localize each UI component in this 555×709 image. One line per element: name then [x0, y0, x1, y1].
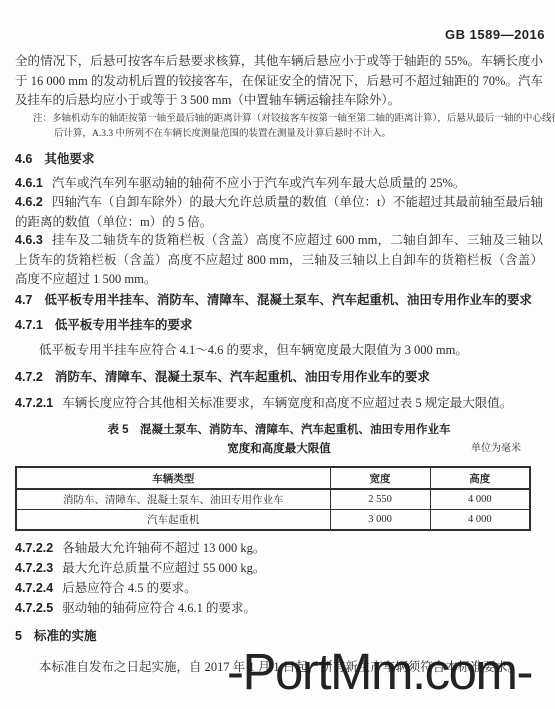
note-label: 注：: [33, 114, 52, 124]
cell-height: 4 000: [430, 489, 530, 510]
clause-number: 4.6.1: [15, 176, 43, 190]
clause-number: 4.6: [15, 152, 32, 166]
clause-text: 汽车或汽车列车驱动轴的轴荷不应小于汽车或汽车列车最大总质量的 25%。: [52, 176, 466, 190]
clause-number: 4.7.2.5: [15, 601, 53, 615]
table-caption-line2: 宽度和高度最大限值: [227, 443, 331, 455]
section-heading-4-7-2: 4.7.2消防车、清障车、混凝土泵车、汽车起重机、油田专用作业车的要求: [15, 370, 543, 385]
clause-text: 最大允许总质量不应超过 55 000 kg。: [62, 561, 265, 575]
clause-number: 4.6.2: [15, 195, 43, 209]
column-header-height: 高度: [430, 467, 530, 489]
section-heading-4-6: 4.6其他要求: [15, 152, 543, 167]
clause-4-7-2-4: 4.7.2.4后悬应符合 4.5 的要求。: [15, 579, 543, 599]
heading-title: 标准的实施: [34, 629, 97, 643]
clause-4-7-2-5: 4.7.2.5驱动轴的轴荷应符合 4.6.1 的要求。: [15, 599, 543, 619]
note-text: 多轴机动车的轴距按第一轴至最后轴的距离计算（对铰接客车按第一轴至第二轴的距离计算…: [52, 114, 555, 139]
cell-width: 3 000: [330, 510, 430, 531]
clause-number: 4.7: [15, 293, 32, 307]
clause-4-7-2-2: 4.7.2.2各轴最大允许轴荷不超过 13 000 kg。: [15, 539, 543, 559]
clause-number: 4.7.1: [15, 318, 43, 332]
paragraph-4-7-1-body: 低平板专用半挂车应符合 4.1～4.6 的要求，但车辆宽度最大限值为 3 000…: [15, 341, 543, 361]
clause-text: 驱动轴的轴荷应符合 4.6.1 的要求。: [62, 601, 256, 615]
clause-text: 车辆长度应符合其他相关标准要求，车辆宽度和高度不应超过表 5 规定最大限值。: [62, 396, 512, 410]
cell-vehicle-type: 汽车起重机: [16, 510, 330, 531]
table-caption-line1: 表 5 混凝土泵车、消防车、清障车、汽车起重机、油田专用作业车: [15, 421, 543, 440]
table-row: 消防车、清障车、混凝土泵车、油田专用作业车 2 550 4 000: [16, 489, 530, 510]
clause-number: 4.7.2.1: [15, 396, 53, 410]
section-heading-4-7-1: 4.7.1低平板专用半挂车的要求: [15, 318, 543, 333]
clause-4-6-3: 4.6.3挂车及二轴货车的货箱栏板（含盖）高度不应超过 600 mm，二轴自卸车…: [15, 231, 543, 290]
cell-height: 4 000: [430, 510, 530, 531]
table-header-row: 车辆类型 宽度 高度: [16, 467, 530, 489]
clause-number: 4.6.3: [15, 233, 43, 247]
heading-title: 消防车、清障车、混凝土泵车、汽车起重机、油田专用作业车的要求: [55, 370, 430, 384]
clause-text: 各轴最大允许轴荷不超过 13 000 kg。: [62, 541, 265, 555]
note-block: 注：多轴机动车的轴距按第一轴至最后轴的距离计算（对铰接客车按第一轴至第二轴的距离…: [33, 112, 555, 142]
heading-title: 其他要求: [44, 152, 94, 166]
clause-number: 4.7.2.2: [15, 541, 53, 555]
clause-number: 5: [15, 629, 22, 643]
clause-4-7-2-3: 4.7.2.3最大允许总质量不应超过 55 000 kg。: [15, 559, 543, 579]
standard-number: GB 1589—2016: [445, 27, 545, 42]
clause-number: 4.7.2.4: [15, 581, 53, 595]
table-caption: 表 5 混凝土泵车、消防车、清障车、汽车起重机、油田专用作业车 宽度和高度最大限…: [15, 421, 543, 459]
table-row: 汽车起重机 3 000 4 000: [16, 510, 530, 531]
clause-number: 4.7.2: [15, 370, 43, 384]
clause-text: 挂车及二轴货车的货箱栏板（含盖）高度不应超过 600 mm，二轴自卸车、三轴及三…: [15, 233, 543, 286]
paragraph-rear-overhang: 全的情况下，后悬可按客车后悬要求核算，其他车辆后悬应小于或等于轴距的 55%。车…: [15, 52, 543, 111]
watermark-overlay: -PortMm.com-: [227, 644, 532, 700]
cell-vehicle-type: 消防车、清障车、混凝土泵车、油田专用作业车: [16, 489, 330, 510]
column-header-vehicle-type: 车辆类型: [16, 467, 330, 489]
table-5-limits: 车辆类型 宽度 高度 消防车、清障车、混凝土泵车、油田专用作业车 2 550 4…: [15, 466, 531, 531]
clause-number: 4.7.2.3: [15, 561, 53, 575]
cell-width: 2 550: [330, 489, 430, 510]
heading-title: 低平板专用半挂车的要求: [55, 318, 193, 332]
clause-4-6-1: 4.6.1汽车或汽车列车驱动轴的轴荷不应小于汽车或汽车列车最大总质量的 25%。: [15, 174, 543, 194]
clause-4-6-2: 4.6.2四轴汽车（自卸车除外）的最大允许总质量的数值（单位：t）不能超过其最前…: [15, 193, 543, 232]
clause-4-7-2-1: 4.7.2.1车辆长度应符合其他相关标准要求，车辆宽度和高度不应超过表 5 规定…: [15, 394, 543, 414]
document-page: GB 1589—2016 全的情况下，后悬可按客车后悬要求核算，其他车辆后悬应小…: [0, 0, 555, 709]
clause-text: 后悬应符合 4.5 的要求。: [62, 581, 196, 595]
section-heading-4-7: 4.7低平板专用半挂车、消防车、清障车、混凝土泵车、汽车起重机、油田专用作业车的…: [15, 293, 543, 308]
table-unit-note: 单位为毫米: [471, 439, 521, 458]
column-header-width: 宽度: [330, 467, 430, 489]
heading-title: 低平板专用半挂车、消防车、清障车、混凝土泵车、汽车起重机、油田专用作业车的要求: [44, 293, 532, 307]
clause-text: 四轴汽车（自卸车除外）的最大允许总质量的数值（单位：t）不能超过其最前轴至最后轴…: [15, 195, 543, 229]
section-heading-5: 5标准的实施: [15, 629, 543, 644]
